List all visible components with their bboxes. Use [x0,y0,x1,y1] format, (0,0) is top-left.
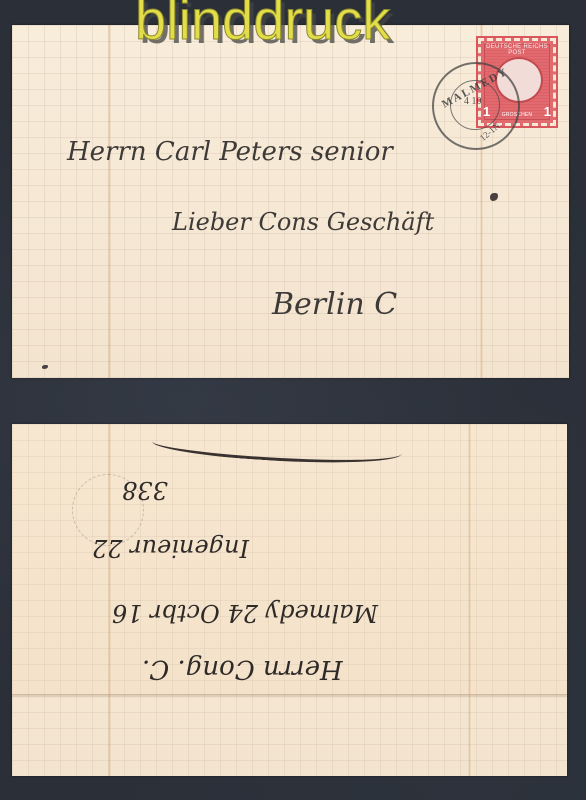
inverted-text-line-1: 338 [122,476,168,504]
inverted-text-line-2: Ingenieur 22 [92,534,249,562]
address-line-recipient: Herrn Carl Peters senior [67,137,393,167]
ink-blot [490,193,498,201]
watermark-blinddruck: blinddruck [135,0,390,48]
stamp-top-text: DEUTSCHE REICHS POST [481,44,553,56]
stamp-value-right: 1 [544,104,551,119]
address-line-city: Berlin C [272,287,397,322]
ink-spot [42,365,48,369]
fold-line-right [468,424,471,776]
inverted-text-line-3: Malmedy 24 Octbr 16 [112,599,378,627]
fold-line-left [108,25,111,378]
address-line-company: Lieber Cons Geschäft [172,208,434,236]
postmark-date: 4 10 [464,96,482,107]
postmark-time: 12-1N. [478,119,504,143]
postmark-cancel: MALMEDY 4 10 12-1N. [432,62,520,150]
inverted-text-line-4: Herrn Cong. C. [142,654,343,684]
cover-back: 338 Ingenieur 22 Malmedy 24 Octbr 16 Her… [12,424,567,776]
postmark-town: MALMEDY [440,66,510,111]
